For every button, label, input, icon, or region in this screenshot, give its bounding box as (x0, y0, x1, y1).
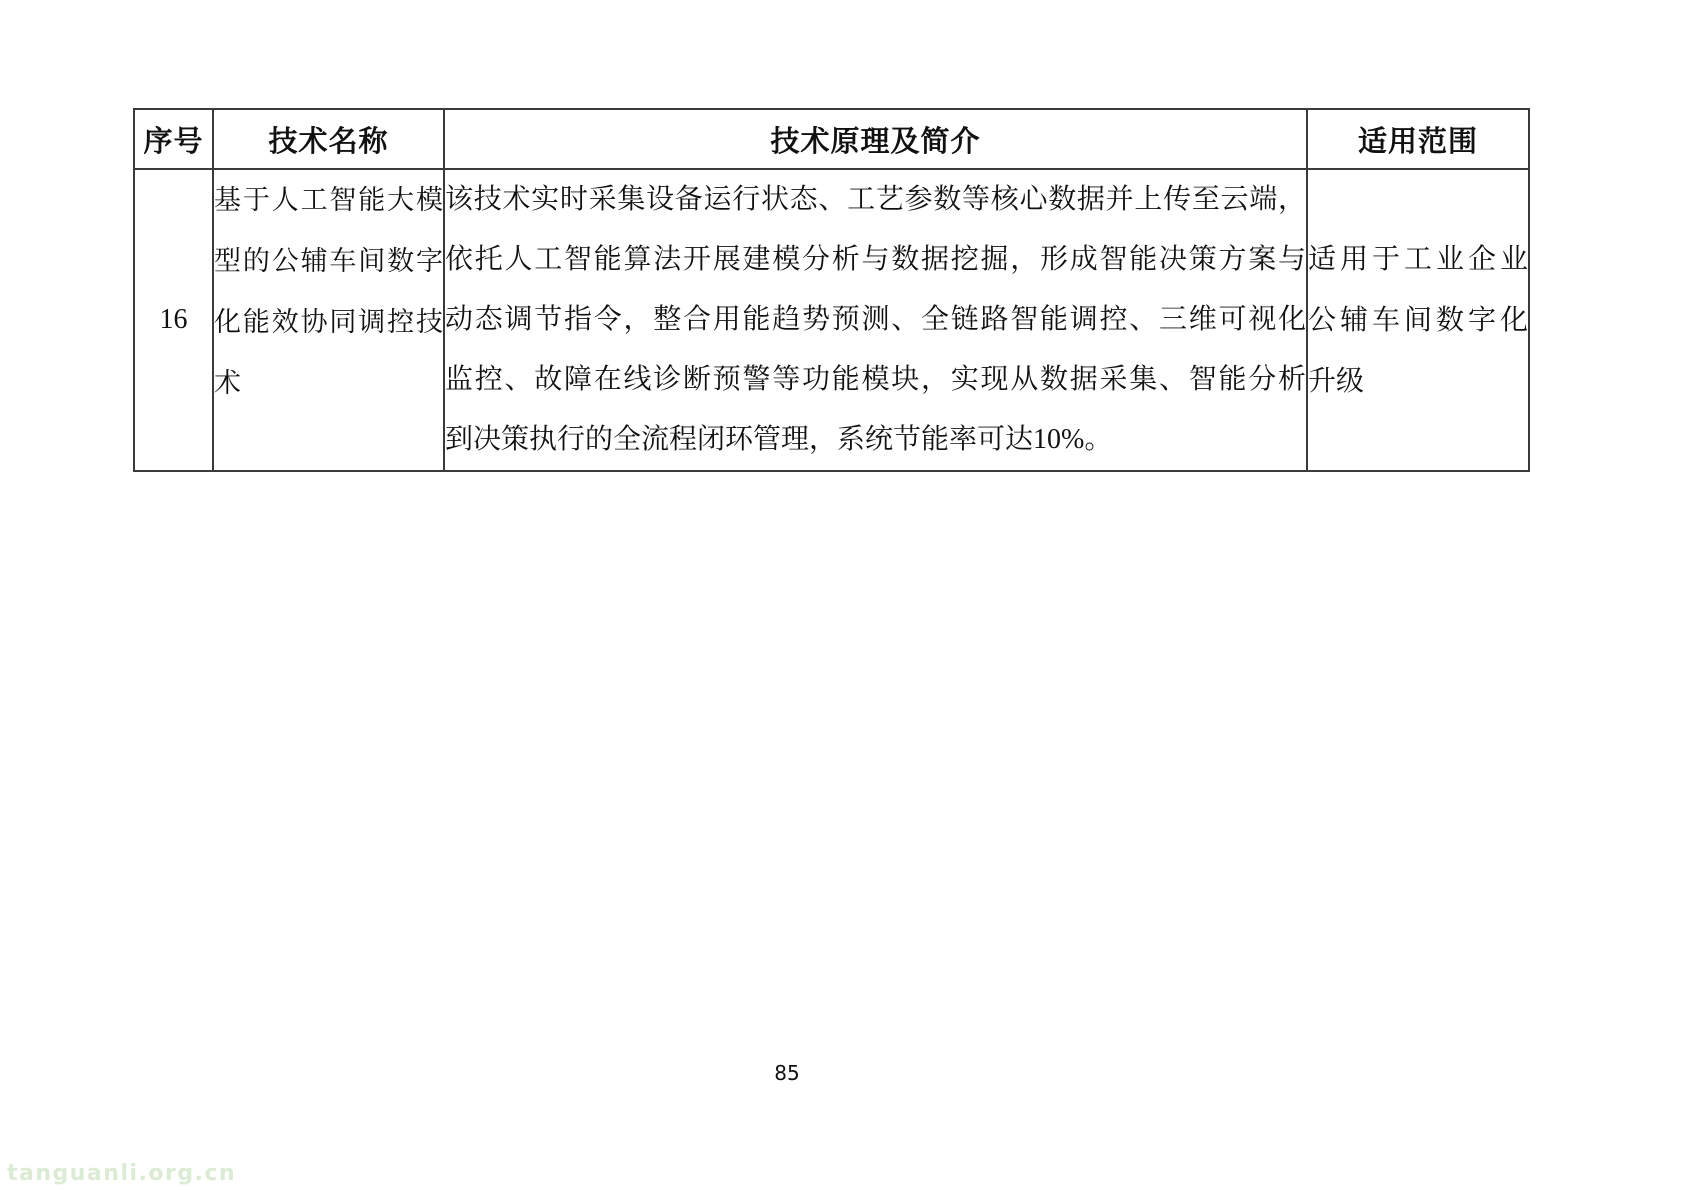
cell-scope: 适用于工业企业 公辅车间数字化 升级 (1307, 169, 1529, 471)
principle-line: 动态调节指令，整合用能趋势预测、全链路智能调控、三维可视化 (445, 290, 1306, 350)
technology-table: 序号 技术名称 技术原理及简介 适用范围 16 基于人工智能大模 型的公辅车间数… (133, 108, 1530, 472)
table-row: 16 基于人工智能大模 型的公辅车间数字 化能效协同调控技 术 该技术实时采集设… (134, 169, 1529, 471)
principle-line: 该技术实时采集设备运行状态、工艺参数等核心数据并上传至云端， (445, 170, 1306, 230)
principle-line: 到决策执行的全流程闭环管理，系统节能率可达10%。 (445, 410, 1306, 470)
cell-tech-name: 基于人工智能大模 型的公辅车间数字 化能效协同调控技 术 (213, 169, 444, 471)
scope-line: 升级 (1308, 351, 1528, 412)
table-header-row: 序号 技术名称 技术原理及简介 适用范围 (134, 109, 1529, 169)
tech-name-line: 基于人工智能大模 (214, 170, 443, 231)
cell-index: 16 (134, 169, 213, 471)
tech-name-line: 化能效协同调控技 (214, 292, 443, 353)
page-number: 85 (0, 1061, 1574, 1085)
principle-line: 监控、故障在线诊断预警等功能模块，实现从数据采集、智能分析 (445, 350, 1306, 410)
watermark: tanguanli.org.cn (7, 1161, 236, 1186)
tech-name-line: 术 (214, 353, 443, 414)
cell-principle: 该技术实时采集设备运行状态、工艺参数等核心数据并上传至云端， 依托人工智能算法开… (444, 169, 1307, 471)
header-tech-name: 技术名称 (213, 109, 444, 169)
scope-line: 公辅车间数字化 (1308, 290, 1528, 351)
principle-line: 依托人工智能算法开展建模分析与数据挖掘，形成智能决策方案与 (445, 230, 1306, 290)
header-index: 序号 (134, 109, 213, 169)
tech-name-line: 型的公辅车间数字 (214, 231, 443, 292)
header-scope: 适用范围 (1307, 109, 1529, 169)
header-principle: 技术原理及简介 (444, 109, 1307, 169)
scope-line: 适用于工业企业 (1308, 229, 1528, 290)
